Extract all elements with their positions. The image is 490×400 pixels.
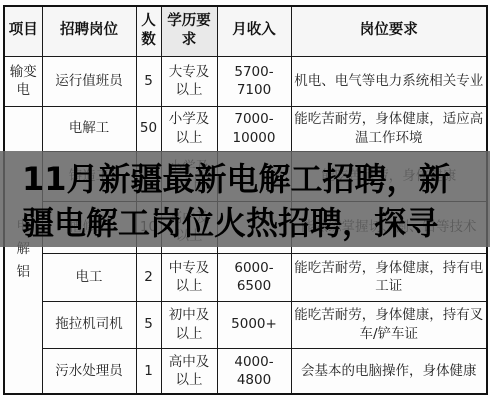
cell-position: 运行值班员: [42, 56, 136, 106]
cell-salary: 5700-7100: [217, 56, 291, 106]
table-row: 电解铝 电解工 50 小学及以上 7000-10000 能吃苦耐劳，身体健康，适…: [4, 106, 487, 151]
header-count: 人数: [136, 6, 161, 56]
cell-count: 2: [136, 253, 161, 301]
screenshot-stage: 项目 招聘岗位 人数 学历要求 月收入 岗位要求 输变电 运行值班员 5 大专及…: [0, 0, 490, 400]
cell-count: 5: [136, 301, 161, 348]
project-group-electrolytic-aluminum: 电解铝: [4, 106, 42, 394]
cell-count: 1: [136, 348, 161, 394]
header-education: 学历要求: [161, 6, 217, 56]
cell-requirement: 会基本的电脑操作，身体健康: [291, 348, 487, 394]
cell-salary: 5000+: [217, 301, 291, 348]
cell-salary: 6000-6500: [217, 253, 291, 301]
cell-salary: 4000-4800: [217, 348, 291, 394]
table-row: 拖拉机司机 5 初中及以上 5000+ 能吃苦耐劳，身体健康，持有叉车/铲车证: [4, 301, 487, 348]
cell-position: 污水处理员: [42, 348, 136, 394]
cell-education: 大专及以上: [161, 56, 217, 106]
banner-title-line2: 疆电解工岗位火热招聘，探寻: [22, 201, 490, 245]
cell-salary: 7000-10000: [217, 106, 291, 151]
project-group-power-transmission: 输变电: [4, 56, 42, 106]
header-position: 招聘岗位: [42, 6, 136, 56]
header-requirement: 岗位要求: [291, 6, 487, 56]
cell-requirement: 能吃苦耐劳，身体健康，持有叉车/铲车证: [291, 301, 487, 348]
title-overlay-banner: 11月新疆最新电解工招聘，新 疆电解工岗位火热招聘，探寻: [0, 151, 490, 247]
cell-education: 小学及以上: [161, 106, 217, 151]
cell-position: 拖拉机司机: [42, 301, 136, 348]
cell-education: 初中及以上: [161, 301, 217, 348]
cell-education: 高中及以上: [161, 348, 217, 394]
cell-count: 5: [136, 56, 161, 106]
banner-title-line1: 11月新疆最新电解工招聘，新: [22, 157, 490, 201]
cell-position: 电工: [42, 253, 136, 301]
header-project: 项目: [4, 6, 42, 56]
cell-education: 中专及以上: [161, 253, 217, 301]
table-header-row: 项目 招聘岗位 人数 学历要求 月收入 岗位要求: [4, 6, 487, 56]
table-row: 输变电 运行值班员 5 大专及以上 5700-7100 机电、电气等电力系统相关…: [4, 56, 487, 106]
header-salary: 月收入: [217, 6, 291, 56]
cell-count: 50: [136, 106, 161, 151]
cell-position: 电解工: [42, 106, 136, 151]
table-row: 污水处理员 1 高中及以上 4000-4800 会基本的电脑操作，身体健康: [4, 348, 487, 394]
cell-requirement: 能吃苦耐劳，身体健康，持有电工证: [291, 253, 487, 301]
cell-requirement: 能吃苦耐劳，身体健康，适应高温工作环境: [291, 106, 487, 151]
table-row: 电工 2 中专及以上 6000-6500 能吃苦耐劳，身体健康，持有电工证: [4, 253, 487, 301]
cell-requirement: 机电、电气等电力系统相关专业: [291, 56, 487, 106]
